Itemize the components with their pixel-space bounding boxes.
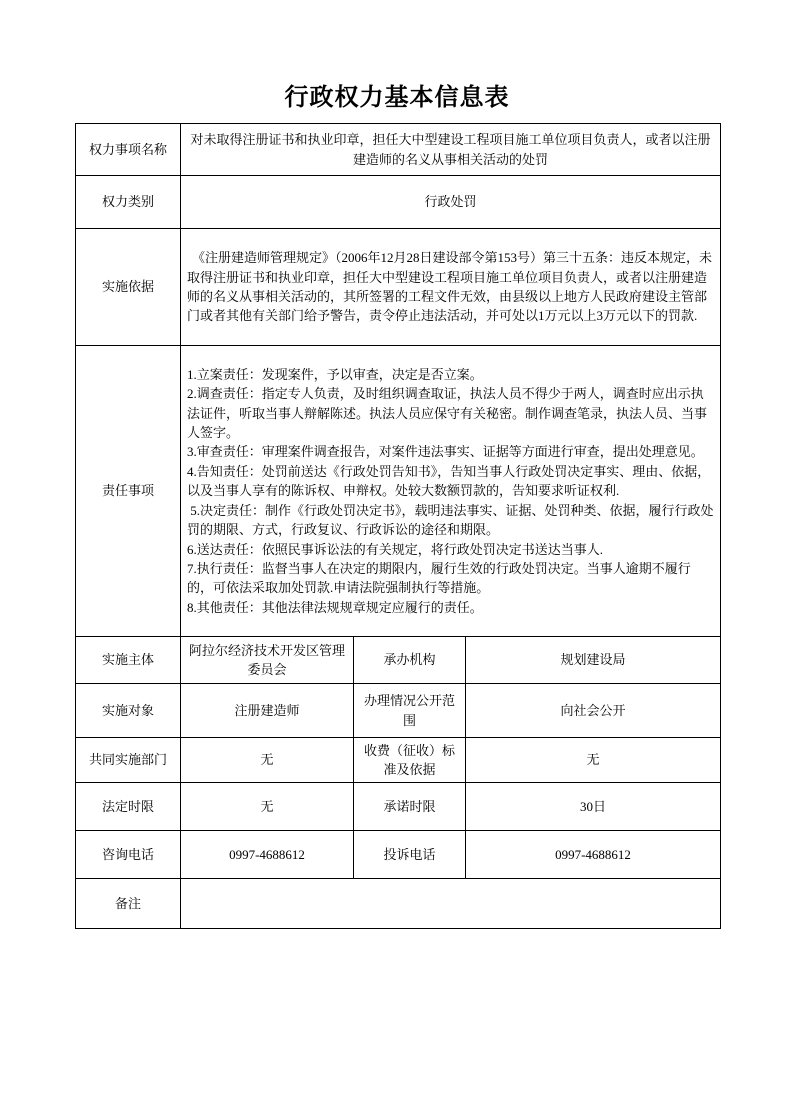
remarks-label: 备注 — [76, 879, 181, 929]
duty-item: 6.送达责任：依照民事诉讼法的有关规定，将行政处罚决定书送达当事人. — [187, 540, 715, 559]
duty-item: 5.决定责任：制作《行政处罚决定书》，载明违法事实、证据、处罚种类、依据，履行行… — [187, 501, 715, 540]
fee-standard-value: 无 — [466, 738, 721, 783]
duty-item: 7.执行责任：监督当事人在决定的期限内，履行生效的行政处罚决定。当事人逾期不履行… — [187, 559, 715, 598]
legal-time-limit-label: 法定时限 — [76, 783, 181, 831]
document-page: 行政权力基本信息表 权力事项名称 对未取得注册证书和执业印章，担任大中型建设工程… — [0, 0, 794, 1108]
power-name-label: 权力事项名称 — [76, 124, 181, 176]
table-row-phones: 咨询电话 0997-4688612 投诉电话 0997-4688612 — [76, 831, 721, 879]
table-row-joint-departments: 共同实施部门 无 收费（征收）标准及依据 无 — [76, 738, 721, 783]
table-row-responsibilities: 责任事项 1.立案责任：发现案件，予以审查，决定是否立案。 2.调查责任：指定专… — [76, 346, 721, 637]
implementation-target-label: 实施对象 — [76, 684, 181, 738]
promised-time-limit-value: 30日 — [466, 783, 721, 831]
table-row-implementing-body: 实施主体 阿拉尔经济技术开发区管理委员会 承办机构 规划建设局 — [76, 637, 721, 684]
table-row-implementation-basis: 实施依据 《注册建造师管理规定》（2006年12月28日建设部令第153号）第三… — [76, 229, 721, 346]
undertaking-agency-label: 承办机构 — [354, 637, 466, 684]
remarks-value — [181, 879, 721, 929]
legal-time-limit-value: 无 — [181, 783, 354, 831]
table-row-implementation-target: 实施对象 注册建造师 办理情况公开范围 向社会公开 — [76, 684, 721, 738]
fee-standard-label: 收费（征收）标准及依据 — [354, 738, 466, 783]
joint-departments-label: 共同实施部门 — [76, 738, 181, 783]
consultation-phone-value: 0997-4688612 — [181, 831, 354, 879]
implementation-basis-value: 《注册建造师管理规定》（2006年12月28日建设部令第153号）第三十五条：违… — [181, 229, 721, 346]
disclosure-scope-value: 向社会公开 — [466, 684, 721, 738]
table-row-power-name: 权力事项名称 对未取得注册证书和执业印章，担任大中型建设工程项目施工单位项目负责… — [76, 124, 721, 176]
table-row-legal-time-limit: 法定时限 无 承诺时限 30日 — [76, 783, 721, 831]
duty-item: 4.告知责任：处罚前送达《行政处罚告知书》，告知当事人行政处罚决定事实、理由、依… — [187, 462, 715, 501]
responsibilities-value: 1.立案责任：发现案件，予以审查，决定是否立案。 2.调查责任：指定专人负责，及… — [181, 346, 721, 637]
power-category-value: 行政处罚 — [181, 176, 721, 229]
duty-item: 8.其他责任：其他法律法规规章规定应履行的责任。 — [187, 598, 715, 617]
consultation-phone-label: 咨询电话 — [76, 831, 181, 879]
duty-item: 3.审查责任：审理案件调查报告，对案件违法事实、证据等方面进行审查，提出处理意见… — [187, 442, 715, 461]
joint-departments-value: 无 — [181, 738, 354, 783]
undertaking-agency-value: 规划建设局 — [466, 637, 721, 684]
page-title: 行政权力基本信息表 — [0, 0, 794, 112]
complaint-phone-label: 投诉电话 — [354, 831, 466, 879]
power-name-value: 对未取得注册证书和执业印章，担任大中型建设工程项目施工单位项目负责人，或者以注册… — [181, 124, 721, 176]
basis-paragraph: 《注册建造师管理规定》（2006年12月28日建设部令第153号）第三十五条：违… — [187, 248, 715, 326]
complaint-phone-value: 0997-4688612 — [466, 831, 721, 879]
promised-time-limit-label: 承诺时限 — [354, 783, 466, 831]
power-category-label: 权力类别 — [76, 176, 181, 229]
table-row-power-category: 权力类别 行政处罚 — [76, 176, 721, 229]
duty-item: 2.调查责任：指定专人负责，及时组织调查取证，执法人员不得少于两人，调查时应出示… — [187, 384, 715, 442]
implementation-target-value: 注册建造师 — [181, 684, 354, 738]
implementing-body-label: 实施主体 — [76, 637, 181, 684]
disclosure-scope-label: 办理情况公开范围 — [354, 684, 466, 738]
responsibilities-label: 责任事项 — [76, 346, 181, 637]
duty-item: 1.立案责任：发现案件，予以审查，决定是否立案。 — [187, 365, 715, 384]
implementing-body-value: 阿拉尔经济技术开发区管理委员会 — [181, 637, 354, 684]
implementation-basis-label: 实施依据 — [76, 229, 181, 346]
info-table: 权力事项名称 对未取得注册证书和执业印章，担任大中型建设工程项目施工单位项目负责… — [75, 123, 721, 929]
table-row-remarks: 备注 — [76, 879, 721, 929]
